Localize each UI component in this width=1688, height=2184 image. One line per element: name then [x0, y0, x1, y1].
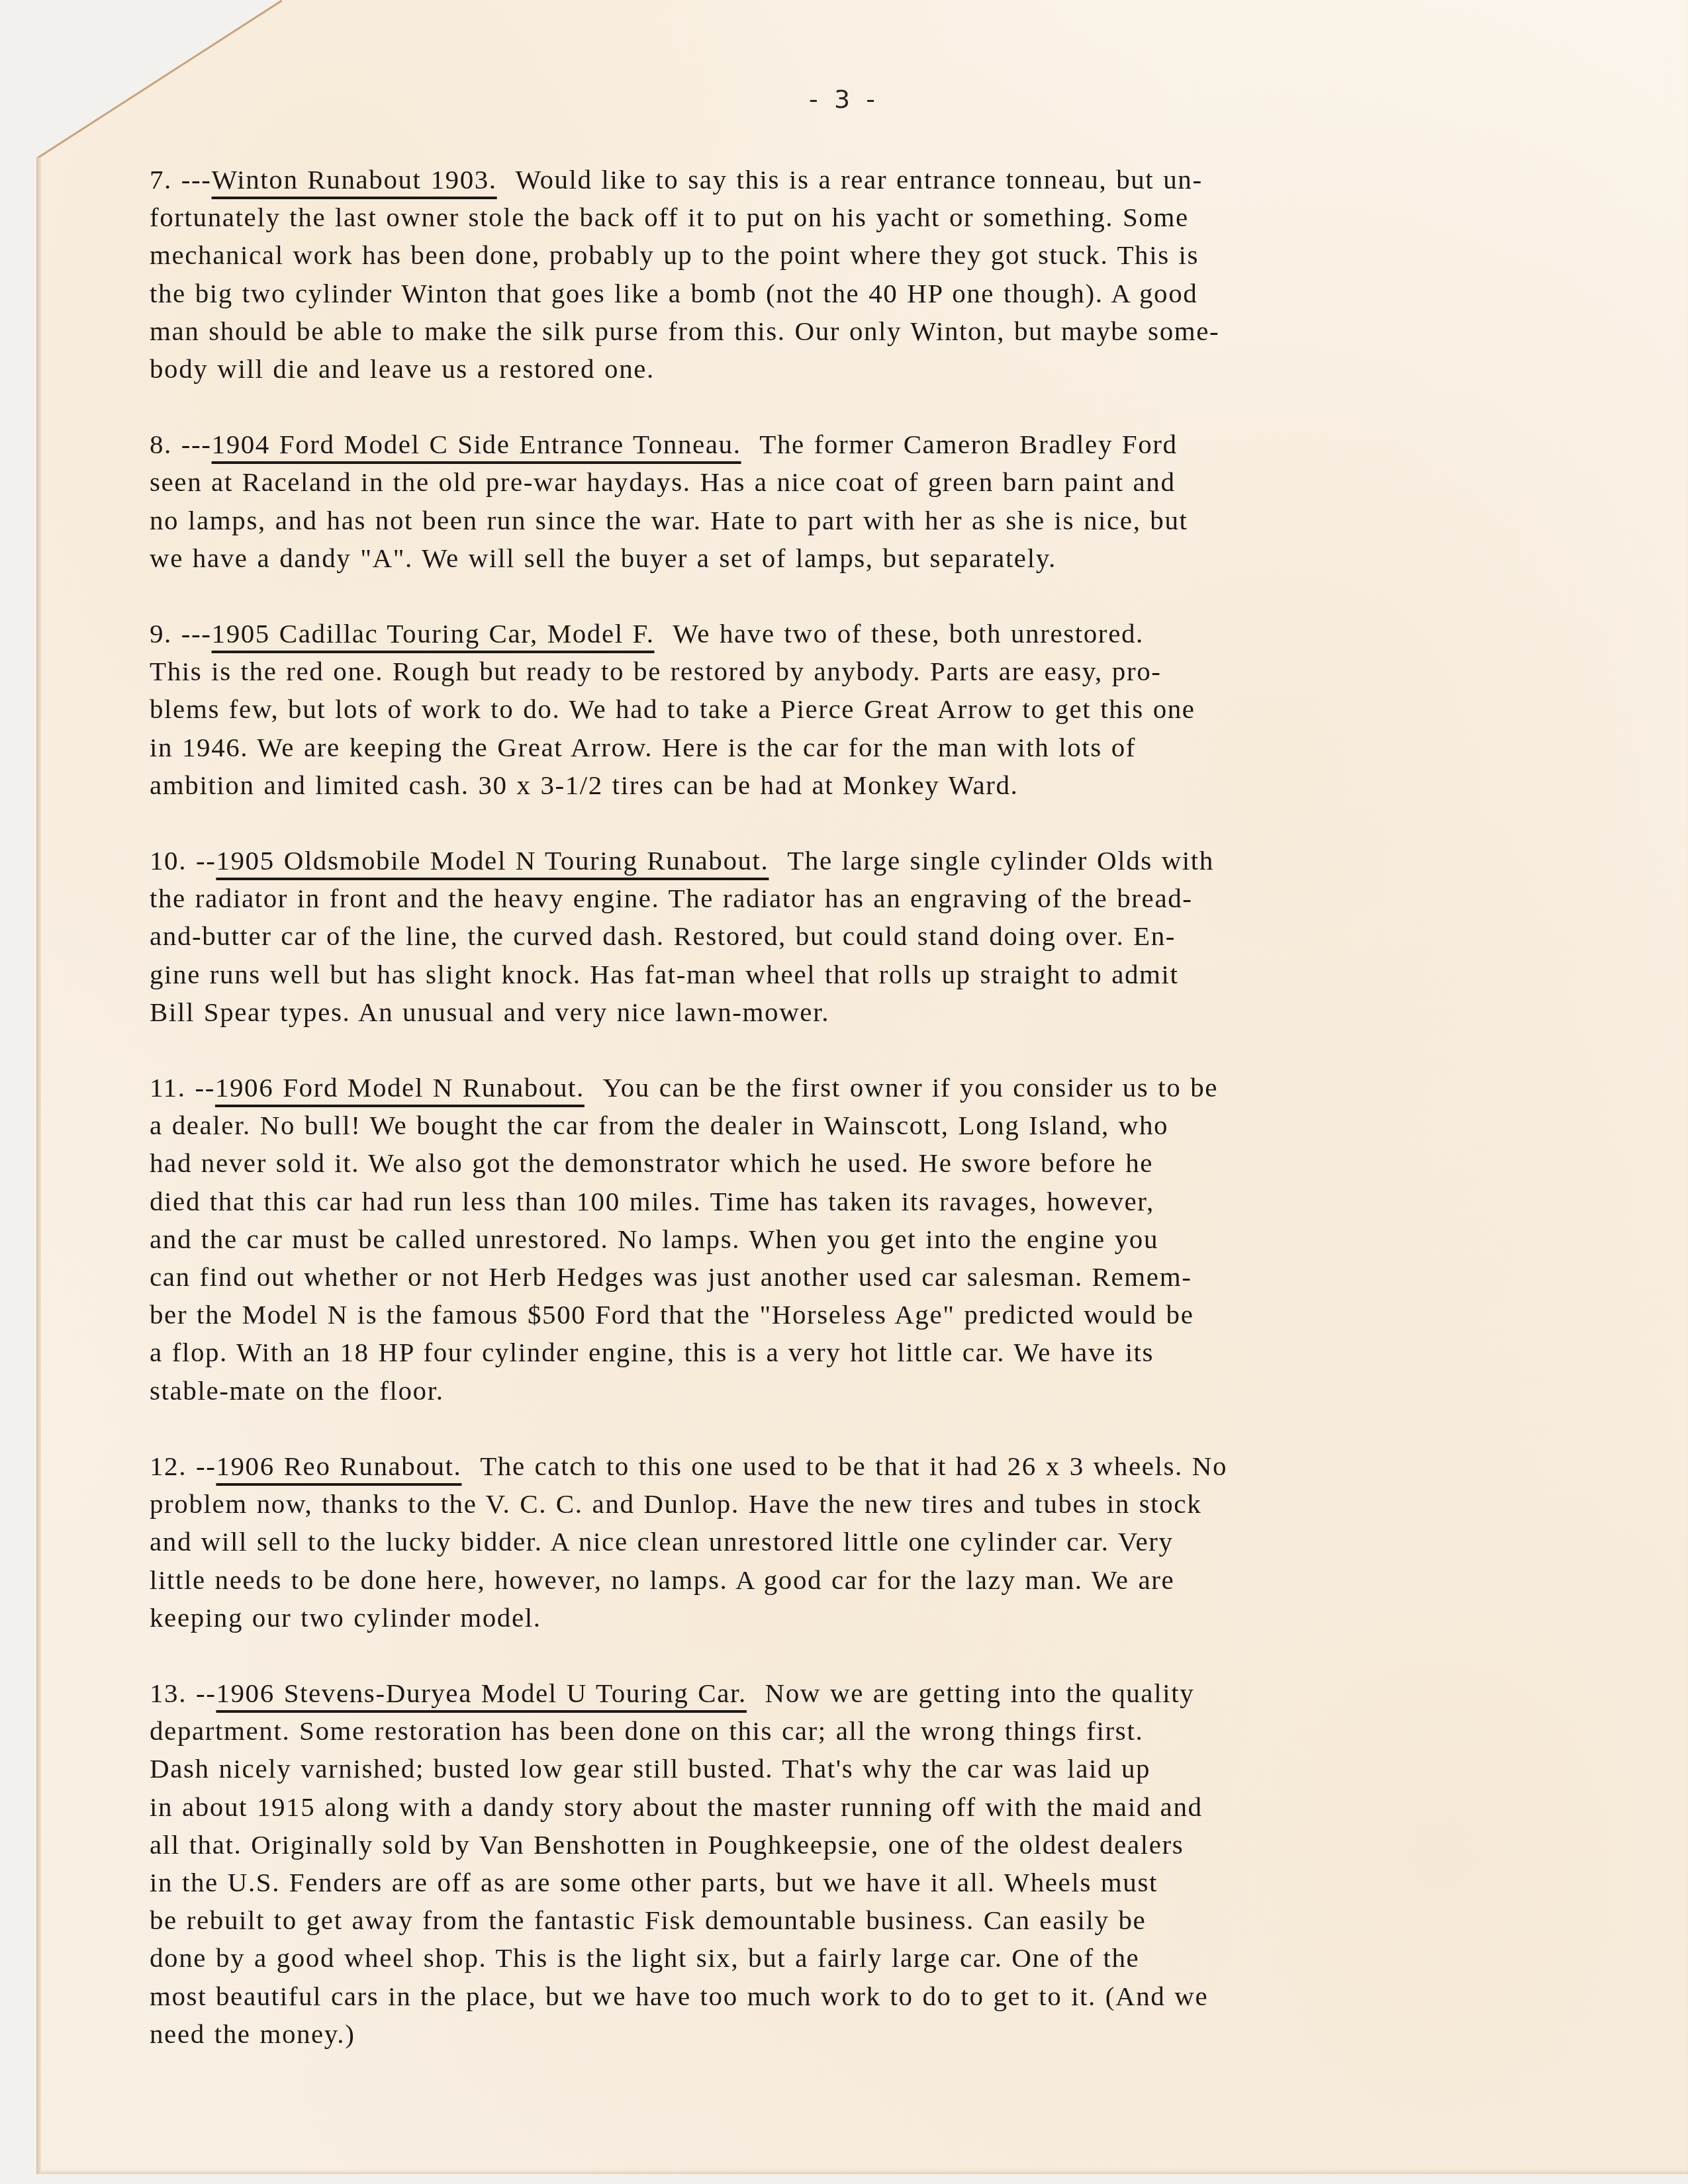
item-heading-line: 12. --1906 Reo Runabout. The catch to th…: [150, 1447, 1652, 1485]
item-text-line: and the car must be called unrestored. N…: [150, 1220, 1652, 1258]
item-number: 11. --: [150, 1072, 215, 1103]
item-number: 12. --: [150, 1451, 216, 1481]
item-text-line: the radiator in front and the heavy engi…: [150, 880, 1652, 917]
item-title: 1906 Reo Runabout.: [216, 1451, 461, 1481]
item-text-line: can find out whether or not Herb Hedges …: [150, 1258, 1652, 1296]
item-title: Winton Runabout 1903.: [212, 164, 497, 195]
item-number: 8. ---: [150, 429, 212, 459]
item-text-line: mechanical work has been done, probably …: [150, 236, 1652, 274]
item-text-line: little needs to be done here, however, n…: [150, 1561, 1652, 1599]
item-number: 13. --: [150, 1678, 216, 1708]
item-text-line: ambition and limited cash. 30 x 3-1/2 ti…: [150, 766, 1652, 804]
item-text-line: and-butter car of the line, the curved d…: [150, 917, 1652, 955]
item-text-line: most beautiful cars in the place, but we…: [150, 1978, 1652, 2015]
item-title: 1906 Ford Model N Runabout.: [215, 1072, 585, 1103]
item-text-line: be rebuilt to get away from the fantasti…: [150, 1901, 1652, 1939]
paper-left-edge: [36, 158, 41, 2174]
item-number: 9. ---: [150, 618, 212, 649]
listing-body: 7. ---Winton Runabout 1903. Would like t…: [150, 161, 1652, 2091]
item-text: The catch to this one used to be that it…: [461, 1451, 1227, 1481]
listing-item-8: 8. ---1904 Ford Model C Side Entrance To…: [150, 426, 1652, 577]
listing-item-11: 11. --1906 Ford Model N Runabout. You ca…: [150, 1069, 1652, 1410]
item-text-line: ber the Model N is the famous $500 Ford …: [150, 1296, 1652, 1334]
item-heading-line: 9. ---1905 Cadillac Touring Car, Model F…: [150, 615, 1652, 653]
item-number: 7. ---: [150, 164, 212, 195]
item-text-line: we have a dandy "A". We will sell the bu…: [150, 539, 1652, 577]
item-text-line: fortunately the last owner stole the bac…: [150, 199, 1652, 236]
item-title: 1905 Oldsmobile Model N Touring Runabout…: [216, 845, 769, 876]
item-heading-line: 8. ---1904 Ford Model C Side Entrance To…: [150, 426, 1652, 463]
item-text-line: all that. Originally sold by Van Benshot…: [150, 1826, 1652, 1864]
item-text-line: had never sold it. We also got the demon…: [150, 1144, 1652, 1182]
item-text-line: done by a good wheel shop. This is the l…: [150, 1939, 1652, 1977]
item-heading-line: 10. --1905 Oldsmobile Model N Touring Ru…: [150, 842, 1652, 880]
item-text-line: in about 1915 along with a dandy story a…: [150, 1788, 1652, 1826]
item-text-line: died that this car had run less than 100…: [150, 1183, 1652, 1220]
item-text-line: and will sell to the lucky bidder. A nic…: [150, 1523, 1652, 1561]
item-heading-line: 11. --1906 Ford Model N Runabout. You ca…: [150, 1069, 1652, 1107]
item-text-line: man should be able to make the silk purs…: [150, 312, 1652, 350]
item-text-line: a dealer. No bull! We bought the car fro…: [150, 1107, 1652, 1144]
listing-item-7: 7. ---Winton Runabout 1903. Would like t…: [150, 161, 1652, 388]
listing-item-12: 12. --1906 Reo Runabout. The catch to th…: [150, 1447, 1652, 1637]
item-heading-line: 13. --1906 Stevens-Duryea Model U Tourin…: [150, 1674, 1652, 1712]
item-text-line: the big two cylinder Winton that goes li…: [150, 275, 1652, 312]
item-text-line: department. Some restoration has been do…: [150, 1712, 1652, 1750]
item-text-line: body will die and leave us a restored on…: [150, 350, 1652, 388]
item-text-line: gine runs well but has slight knock. Has…: [150, 956, 1652, 993]
listing-item-9: 9. ---1905 Cadillac Touring Car, Model F…: [150, 615, 1652, 804]
item-title: 1905 Cadillac Touring Car, Model F.: [212, 618, 655, 649]
listing-item-13: 13. --1906 Stevens-Duryea Model U Tourin…: [150, 1674, 1652, 2053]
item-title: 1906 Stevens-Duryea Model U Touring Car.: [216, 1678, 746, 1708]
item-text: The former Cameron Bradley Ford: [741, 429, 1178, 459]
item-text-line: This is the red one. Rough but ready to …: [150, 653, 1652, 690]
item-text-line: in the U.S. Fenders are off as are some …: [150, 1864, 1652, 1901]
item-text-line: stable-mate on the floor.: [150, 1372, 1652, 1410]
item-text-line: seen at Raceland in the old pre-war hayd…: [150, 463, 1652, 501]
item-text: You can be the first owner if you consid…: [585, 1072, 1218, 1103]
item-title: 1904 Ford Model C Side Entrance Tonneau.: [212, 429, 741, 459]
item-text: Would like to say this is a rear entranc…: [497, 164, 1203, 195]
page-number: - 3 -: [0, 85, 1688, 114]
item-text-line: Dash nicely varnished; busted low gear s…: [150, 1750, 1652, 1788]
item-text-line: keeping our two cylinder model.: [150, 1599, 1652, 1637]
item-text-line: no lamps, and has not been run since the…: [150, 502, 1652, 539]
item-text-line: Bill Spear types. An unusual and very ni…: [150, 993, 1652, 1031]
item-text-line: need the money.): [150, 2015, 1652, 2053]
item-text: We have two of these, both unrestored.: [655, 618, 1144, 649]
item-text-line: problem now, thanks to the V. C. C. and …: [150, 1485, 1652, 1523]
item-text: The large single cylinder Olds with: [769, 845, 1214, 876]
item-text-line: in 1946. We are keeping the Great Arrow.…: [150, 729, 1652, 766]
item-text-line: a flop. With an 18 HP four cylinder engi…: [150, 1334, 1652, 1371]
item-number: 10. --: [150, 845, 216, 876]
item-text-line: blems few, but lots of work to do. We ha…: [150, 690, 1652, 728]
listing-item-10: 10. --1905 Oldsmobile Model N Touring Ru…: [150, 842, 1652, 1031]
item-heading-line: 7. ---Winton Runabout 1903. Would like t…: [150, 161, 1652, 199]
item-text: Now we are getting into the quality: [747, 1678, 1194, 1708]
